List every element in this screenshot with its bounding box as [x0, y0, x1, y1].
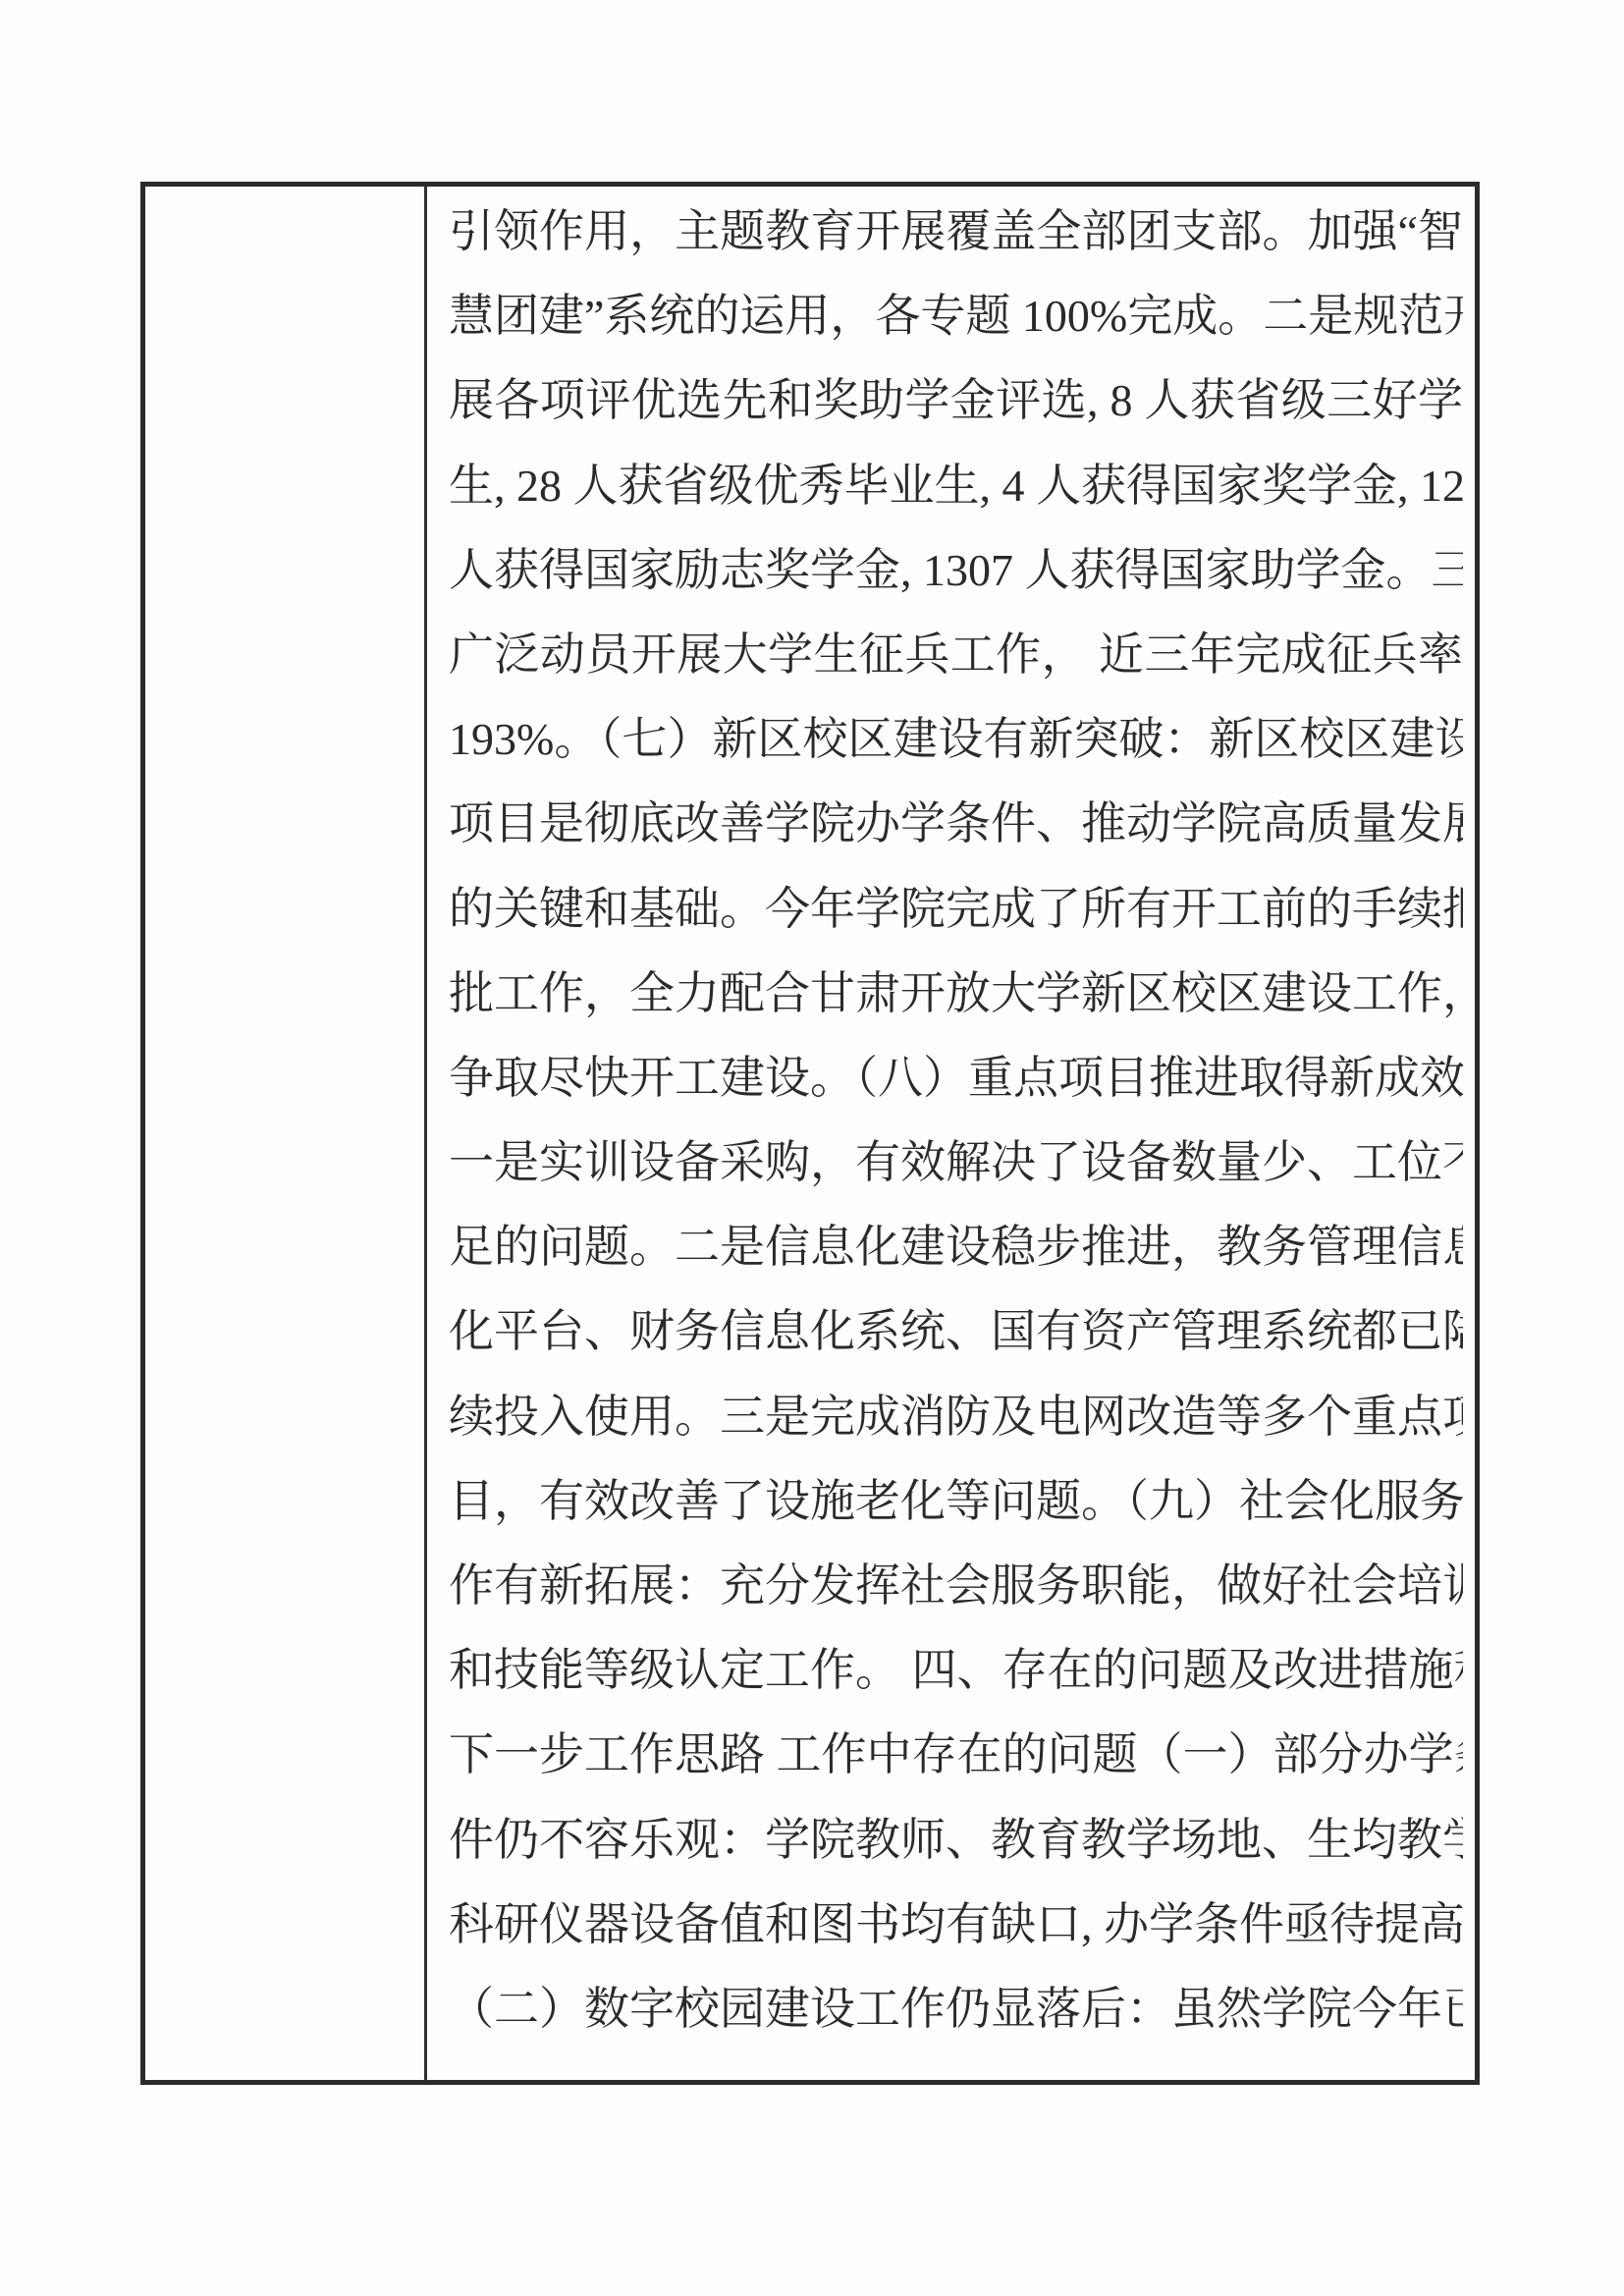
content-line-1: 引领作用，主题教育开展覆盖全部团支部。加强“智 [449, 190, 1463, 274]
content-line-14: 化平台、财务信息化系统、国有资产管理系统都已陆 [449, 1289, 1463, 1374]
form-table: 引领作用，主题教育开展覆盖全部团支部。加强“智 慧团建”系统的运用，各专题 10… [140, 182, 1480, 2085]
content-line-10: 批工作，全力配合甘肃开放大学新区校区建设工作， [449, 952, 1463, 1036]
content-line-15: 续投入使用。三是完成消防及电网改造等多个重点项 [449, 1375, 1463, 1459]
content-line-21: 科研仪器设备值和图书均有缺口, 办学条件亟待提高。 [449, 1883, 1463, 1967]
content-line-17: 作有新拓展：充分发挥社会服务职能，做好社会培训 [449, 1544, 1463, 1628]
content-line-22: （二）数字校园建设工作仍显落后：虽然学院今年已 [449, 1967, 1463, 2051]
content-line-7: 193%。（七）新区校区建设有新突破：新区校区建设 [449, 697, 1463, 782]
content-line-9: 的关键和基础。今年学院完成了所有开工前的手续报 [449, 867, 1463, 952]
content-line-20: 件仍不容乐观：学院教师、教育教学场地、生均教学 [449, 1798, 1463, 1883]
form-content-cell: 引领作用，主题教育开展覆盖全部团支部。加强“智 慧团建”系统的运用，各专题 10… [427, 187, 1475, 2080]
content-line-12: 一是实训设备采购，有效解决了设备数量少、工位不 [449, 1121, 1463, 1205]
content-line-13: 足的问题。二是信息化建设稳步推进，教务管理信息 [449, 1205, 1463, 1289]
scanned-document-page: 引领作用，主题教育开展覆盖全部团支部。加强“智 慧团建”系统的运用，各专题 10… [0, 0, 1624, 2296]
form-label-cell [145, 187, 427, 2080]
content-line-11: 争取尽快开工建设。（八）重点项目推进取得新成效： [449, 1036, 1463, 1121]
content-line-16: 目，有效改善了设施老化等问题。（九）社会化服务工 [449, 1459, 1463, 1544]
content-line-6: 广泛动员开展大学生征兵工作， 近三年完成征兵率 [449, 613, 1463, 697]
content-line-5: 人获得国家励志奖学金, 1307 人获得国家助学金。三是 [449, 528, 1463, 613]
content-line-2: 慧团建”系统的运用，各专题 100%完成。二是规范开 [449, 274, 1463, 358]
content-line-8: 项目是彻底改善学院办学条件、推动学院高质量发展 [449, 782, 1463, 866]
content-line-19: 下一步工作思路 工作中存在的问题（一）部分办学条 [449, 1713, 1463, 1797]
content-line-3: 展各项评优选先和奖助学金评选, 8 人获省级三好学 [449, 358, 1463, 443]
content-line-18: 和技能等级认定工作。 四、存在的问题及改进措施和 [449, 1628, 1463, 1713]
content-line-4: 生, 28 人获省级优秀毕业生, 4 人获得国家奖学金, 122 [449, 444, 1463, 528]
